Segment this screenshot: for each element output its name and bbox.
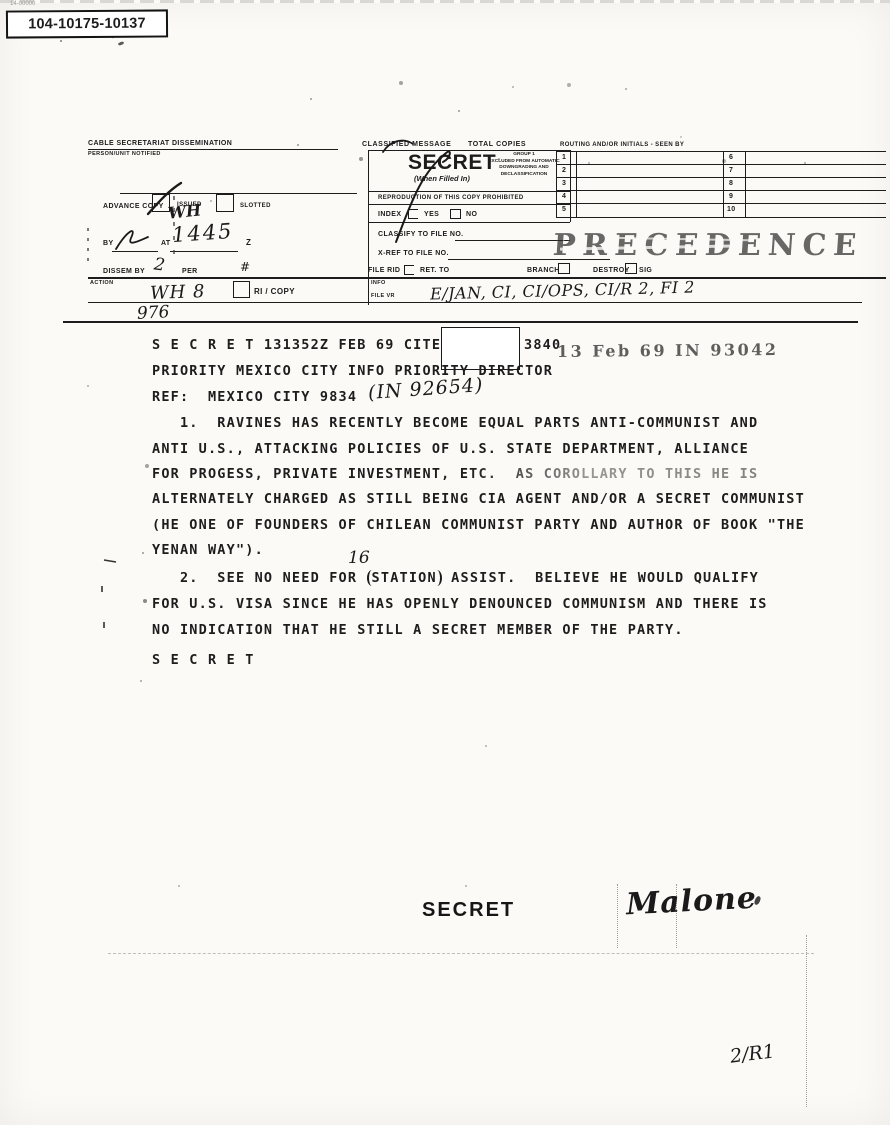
by-signature-scribble [116, 231, 148, 249]
station-annotation: 16 [348, 548, 370, 568]
routing-row-number: 10 [727, 206, 736, 213]
file-vr-label: FILE VR [371, 293, 395, 299]
cable-line: REF: MEXICO CITY 9834 [152, 389, 357, 405]
action-label: ACTION [90, 280, 113, 286]
record-number-box: 104-10175-10137 [6, 9, 168, 38]
classify-label: CLASSIFY TO FILE NO. [378, 231, 464, 238]
classified-message-label: CLASSIFIED MESSAGE [362, 141, 451, 148]
xref-label: X-REF TO FILE NO. [378, 250, 449, 257]
branch-checkbox [558, 263, 570, 274]
station-bracketed: STATION [367, 570, 442, 586]
scan-edge [0, 0, 890, 3]
action-handwriting: WH 8 [150, 281, 206, 304]
person-unit-label: PERSON/UNIT NOTIFIED [88, 151, 161, 157]
sig-label: SIG [639, 267, 652, 274]
reproduction-label: REPRODUCTION OF THIS COPY PROHIBITED [378, 195, 524, 201]
when-filled-label: (When Filled In) [414, 174, 470, 183]
cite-number: 3840 [524, 337, 561, 353]
ret-to-label: RET. TO [420, 267, 450, 274]
group-line: DECLASSIFICATION [484, 172, 564, 179]
per-handwriting: # [240, 260, 250, 274]
routing-row-number: 1 [562, 154, 566, 161]
index-yes-label: YES [424, 211, 439, 218]
branch-label: BRANCH [527, 267, 560, 274]
faint-corner-number: 14-00000 [10, 1, 35, 7]
routing-row-number: 5 [562, 206, 566, 213]
record-number: 104-10175-10137 [28, 16, 146, 33]
routing-row-number: 3 [562, 180, 566, 187]
cable-line: ALTERNATELY CHARGED AS STILL BEING CIA A… [152, 491, 805, 507]
slotted-checkbox [216, 194, 234, 212]
cable-line: FOR PROGESS, PRIVATE INVESTMENT, ETC. AS… [152, 466, 758, 482]
pen-mark [118, 41, 125, 46]
routing-row-number: 6 [729, 154, 733, 161]
routing-header: ROUTING AND/OR INITIALS - SEEN BY [560, 142, 684, 148]
dissem-by-handwriting: 2 [153, 254, 167, 275]
routing-row-number: 2 [562, 167, 566, 174]
cable-line-segment: ASSIST. BELIEVE HE WOULD QUALIFY [442, 570, 759, 586]
dissem-by-label: DISSEM BY [103, 268, 145, 275]
at-label: AT [161, 240, 171, 247]
cable-line: FOR U.S. VISA SINCE HE HAS OPENLY DENOUN… [152, 596, 768, 612]
cable-line: NO INDICATION THAT HE STILL A SECRET MEM… [152, 622, 684, 638]
routing-row-number: 7 [729, 167, 733, 174]
file-rid-label: FILE RID [368, 267, 400, 274]
total-copies-label: TOTAL COPIES [468, 141, 526, 148]
destroy-checkbox [625, 263, 637, 274]
index-label: INDEX [378, 211, 401, 218]
at-time-handwriting: 1445 [171, 219, 234, 247]
cable-secretariat-title: CABLE SECRETARIAT DISSEMINATION [88, 140, 232, 147]
secret-footer-stamp: SECRET [422, 899, 515, 922]
routing-row-number: 8 [729, 180, 733, 187]
cable-line: (HE ONE OF FOUNDERS OF CHILEAN COMMUNIST… [152, 517, 805, 533]
by-label: BY [103, 240, 114, 247]
cable-line: 1. RAVINES HAS RECENTLY BECOME EQUAL PAR… [152, 415, 758, 431]
issued-handwriting: WH [167, 200, 202, 222]
cable-line-segment: 2. SEE NO NEED FOR [152, 570, 367, 586]
routing-row-number: 9 [729, 193, 733, 200]
index-no-label: NO [466, 211, 477, 218]
index-no-checkbox [450, 209, 461, 219]
slotted-label: SLOTTED [240, 203, 271, 209]
cable-line: PRIORITY MEXICO CITY INFO PRIORITY DIREC… [152, 363, 553, 379]
routing-row-number: 4 [562, 193, 566, 200]
signature: Malone [625, 881, 758, 923]
cable-line: ANTI U.S., ATTACKING POLICIES OF U.S. ST… [152, 441, 749, 457]
per-label: PER [182, 268, 198, 275]
cable-line: YENAN WAY"). [152, 542, 264, 558]
cable-closing-classification: S E C R E T [152, 652, 255, 668]
file-rid-checkbox [404, 265, 414, 275]
group-notice: GROUP 1 EXCLUDED FROM AUTOMATIC DOWNGRAD… [484, 152, 564, 178]
cable-classification-line: S E C R E T 131352Z FEB 69 CITE [152, 337, 441, 353]
scan-noise [60, 40, 62, 42]
file-vr-handwriting: E/JAN, CI, CI/OPS, CI/R 2, FI 2 [430, 278, 695, 304]
scanned-cable-document: 14-00000 104-10175-10137 CABLE SECRETARI… [0, 0, 890, 1125]
info-label: INFO [371, 280, 386, 286]
cable-line: 2. SEE NO NEED FOR STATION ASSIST. BELIE… [152, 570, 759, 586]
index-yes-checkbox [408, 209, 418, 219]
margin-marks [102, 560, 116, 628]
ri-copy-label: RI / COPY [254, 287, 295, 296]
zulu-label: Z [246, 238, 251, 247]
page-note-handwriting: 2/R1 [729, 1040, 776, 1067]
ri-copy-checkbox [233, 281, 250, 298]
received-stamp: 13 Feb 69 IN 93042 [557, 340, 779, 361]
secret-stamp-header: SECRET [408, 151, 496, 175]
